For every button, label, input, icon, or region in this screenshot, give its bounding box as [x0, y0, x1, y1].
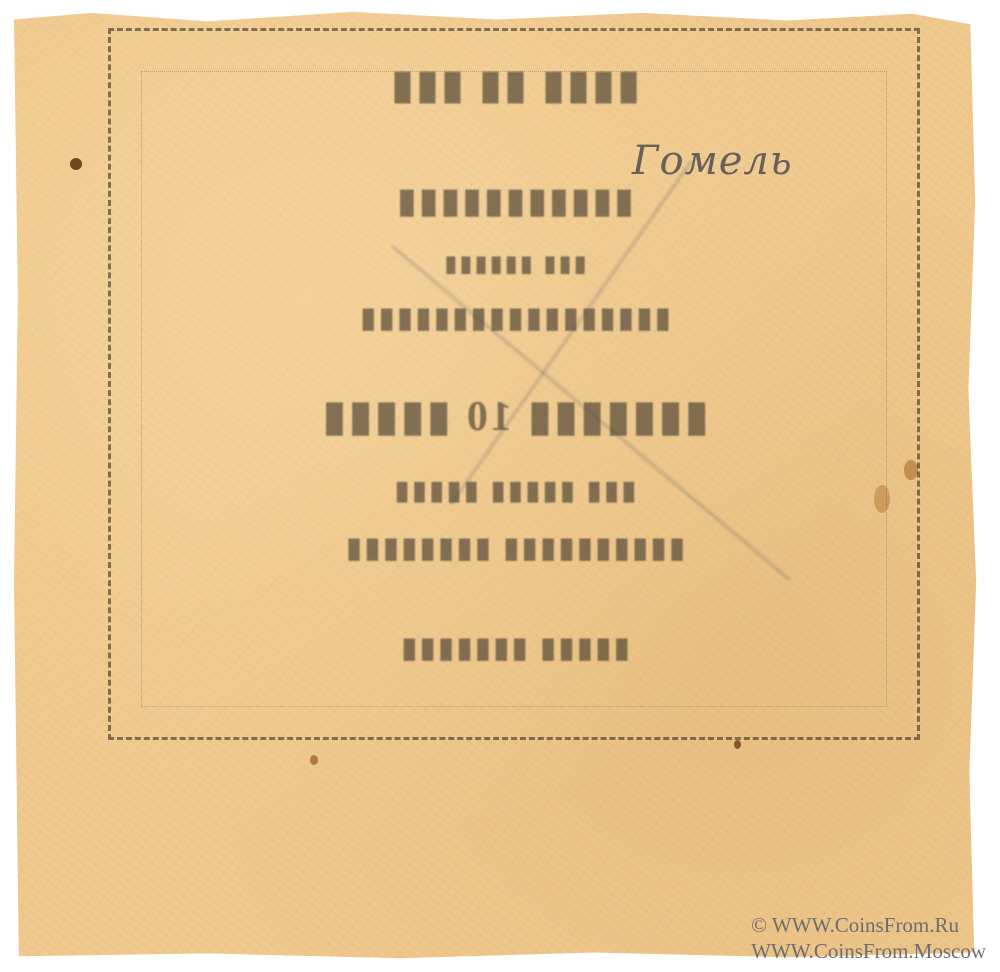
watermark-line-1: © WWW.CoinsFrom.Ru	[751, 912, 986, 938]
mirrored-print-line: ▮▮▮▮ ▮▮ ▮▮▮	[111, 61, 917, 108]
mirrored-print-line: ▮▮▮▮▮▮▮▮▮▮▮	[111, 181, 917, 221]
mirrored-print-line: ▮▮▮ ▮▮▮▮▮ ▮▮▮▮▮	[111, 476, 917, 506]
stain	[734, 740, 741, 749]
handwritten-note: Гомель	[632, 138, 793, 184]
watermark-line-2: WWW.CoinsFrom.Moscow	[751, 938, 986, 964]
ink-spot	[70, 158, 82, 170]
watermark: © WWW.CoinsFrom.Ru WWW.CoinsFrom.Moscow	[751, 912, 986, 964]
mirrored-print-line: ▮▮▮ ▮▮▮▮▮▮	[111, 251, 917, 277]
stain	[310, 755, 318, 765]
mirrored-print-line: ▮▮▮▮▮▮▮▮▮▮▮▮▮▮▮▮▮	[111, 301, 917, 335]
mirrored-print-line: ▮▮▮▮▮▮▮▮▮▮ ▮▮▮▮▮▮▮▮	[111, 531, 917, 565]
mirrored-print-line: ▮▮▮▮▮ ▮▮▮▮▮▮▮	[111, 631, 917, 665]
printed-border: ▮▮▮▮ ▮▮ ▮▮▮ ▮▮▮▮▮▮▮▮▮▮▮ ▮▮▮ ▮▮▮▮▮▮ ▮▮▮▮▮…	[108, 28, 920, 740]
